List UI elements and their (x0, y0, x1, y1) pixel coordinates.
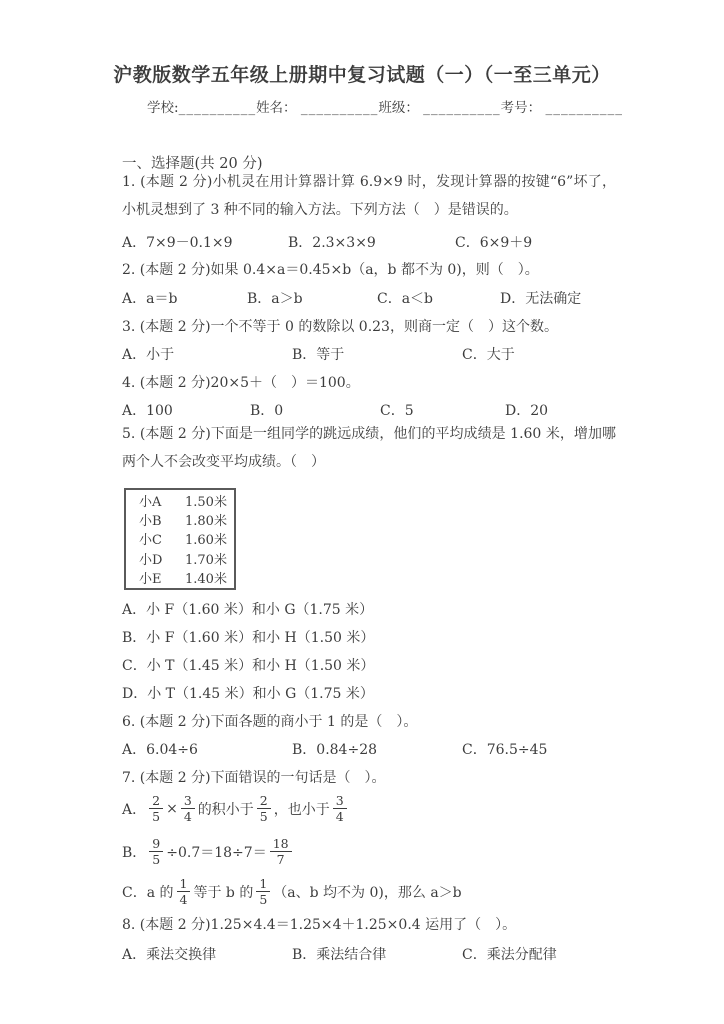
question-6-text: 6. (本题 2 分)下面各题的商小于 1 的是（ ）。 (122, 711, 417, 731)
q6-option-c: C．76.5÷45 (462, 739, 547, 759)
question-4-options: A．100 B．0 C．5 D．20 (122, 400, 682, 420)
q2-option-d: D．无法确定 (500, 288, 581, 308)
student-name: 小A (139, 491, 173, 510)
student-name: 小E (139, 568, 173, 587)
question-4-text: 4. (本题 2 分)20×5＋（ ）＝100。 (122, 372, 360, 392)
q1-option-a: A．7×9－0.1×9 (122, 232, 233, 252)
question-7-text: 7. (本题 2 分)下面错误的一句话是（ ）。 (122, 767, 386, 787)
q1-option-c: C．6×9＋9 (455, 232, 532, 252)
q5-option-d: D．小 T（1.45 米）和小 G（1.75 米） (122, 683, 374, 703)
q8-option-b: B．乘法结合律 (292, 944, 386, 964)
fraction: 34 (333, 793, 347, 824)
fraction: 34 (181, 793, 195, 824)
q3-option-c: C．大于 (462, 344, 515, 364)
school-label: 学校: (147, 100, 179, 116)
jump-results-table: 小A 1.50米 小B 1.80米 小C 1.60米 小D 1.70米 小E 1… (124, 488, 236, 590)
question-2-text: 2. (本题 2 分)如果 0.4×a＝0.45×b（a，b 都不为 0)，则（… (122, 259, 539, 279)
q3-option-b: B．等于 (292, 344, 344, 364)
q6-option-a: A．6.04÷6 (122, 739, 198, 759)
student-result: 1.50米 (185, 491, 227, 510)
school-blank: __________ (179, 100, 257, 116)
fraction: 95 (149, 836, 163, 867)
option-label: B． (122, 842, 146, 862)
student-name: 小B (139, 510, 173, 529)
question-8-options: A．乘法交换律 B．乘法结合律 C．乘法分配律 (122, 944, 682, 964)
q1-option-b: B．2.3×3×9 (288, 232, 376, 252)
statement-text: 的积小于 (198, 799, 254, 819)
fraction: 14 (177, 876, 191, 907)
fraction: 25 (149, 793, 163, 824)
student-info-line: 学校:__________姓名： __________班级： _________… (147, 96, 623, 116)
student-name: 小D (139, 549, 173, 568)
question-5-text: 5. (本题 2 分)下面是一组同学的跳远成绩，他们的平均成绩是 1.60 米，… (122, 420, 616, 476)
equation-text: ÷0.7＝18÷7＝ (166, 842, 266, 862)
q8-option-a: A．乘法交换律 (122, 944, 216, 964)
q7-option-c: C． a 的 14 等于 b 的 15 （a、b 均不为 0)，那么 a＞b (122, 876, 462, 907)
q5-option-c: C．小 T（1.45 米）和小 H（1.50 米） (122, 655, 374, 675)
statement-text: （a、b 均不为 0)，那么 a＞b (273, 882, 461, 902)
question-3-options: A．小于 B．等于 C．大于 (122, 344, 682, 364)
q8-option-c: C．乘法分配律 (462, 944, 557, 964)
q2-option-b: B．a＞b (247, 288, 303, 308)
fraction: 25 (257, 793, 271, 824)
q2-option-a: A．a＝b (122, 288, 177, 308)
statement-text: 等于 b 的 (193, 882, 253, 902)
exam-paper-page: 沪教版数学五年级上册期中复习试题（一）（一至三单元） 学校:__________… (0, 0, 724, 1024)
question-6-options: A．6.04÷6 B．0.84÷28 C．76.5÷45 (122, 739, 682, 759)
q5-option-a: A．小 F（1.60 米）和小 G（1.75 米） (122, 599, 373, 619)
table-row: 小C 1.60米 (126, 529, 234, 548)
question-8-text: 8. (本题 2 分)1.25×4.4＝1.25×4＋1.25×0.4 运用了（… (122, 914, 516, 934)
class-label: 班级： (378, 100, 419, 116)
student-result: 1.70米 (185, 549, 227, 568)
statement-text: a 的 (147, 882, 174, 902)
fraction: 187 (270, 836, 292, 867)
class-blank: __________ (423, 100, 501, 116)
q4-option-a: A．100 (122, 400, 173, 420)
q3-option-a: A．小于 (122, 344, 174, 364)
student-result: 1.60米 (185, 529, 227, 548)
q2-option-c: C．a＜b (377, 288, 433, 308)
table-row: 小E 1.40米 (126, 568, 234, 587)
table-row: 小B 1.80米 (126, 510, 234, 529)
q6-option-b: B．0.84÷28 (292, 739, 377, 759)
fraction: 15 (256, 876, 270, 907)
operator: × (166, 801, 178, 817)
exam-no-blank: __________ (545, 100, 623, 116)
option-label: A． (122, 799, 146, 819)
table-row: 小A 1.50米 (126, 491, 234, 510)
q4-option-d: D．20 (505, 400, 548, 420)
q4-option-c: C．5 (380, 400, 414, 420)
page-title: 沪教版数学五年级上册期中复习试题（一）（一至三单元） (0, 60, 724, 87)
statement-text: ，也小于 (274, 799, 330, 819)
student-result: 1.80米 (185, 510, 227, 529)
exam-no-label: 考号： (501, 100, 542, 116)
name-label: 姓名： (256, 100, 297, 116)
q7-option-b: B． 95 ÷0.7＝18÷7＝ 187 (122, 836, 295, 867)
q4-option-b: B．0 (250, 400, 283, 420)
q5-option-b: B．小 F（1.60 米）和小 H（1.50 米） (122, 627, 374, 647)
table-row: 小D 1.70米 (126, 549, 234, 568)
student-name: 小C (139, 529, 173, 548)
name-blank: __________ (301, 100, 379, 116)
q7-option-a: A． 25 × 34 的积小于 25 ，也小于 34 (122, 793, 350, 824)
question-1-text: 1. (本题 2 分)小机灵在用计算器计算 6.9×9 时，发现计算器的按键“6… (122, 168, 616, 224)
option-label: C． (122, 882, 147, 902)
question-2-options: A．a＝b B．a＞b C．a＜b D．无法确定 (122, 288, 682, 308)
question-3-text: 3. (本题 2 分)一个不等于 0 的数除以 0.23，则商一定（ ）这个数。 (122, 316, 558, 336)
student-result: 1.40米 (185, 568, 227, 587)
question-1-options: A．7×9－0.1×9 B．2.3×3×9 C．6×9＋9 (122, 232, 682, 252)
